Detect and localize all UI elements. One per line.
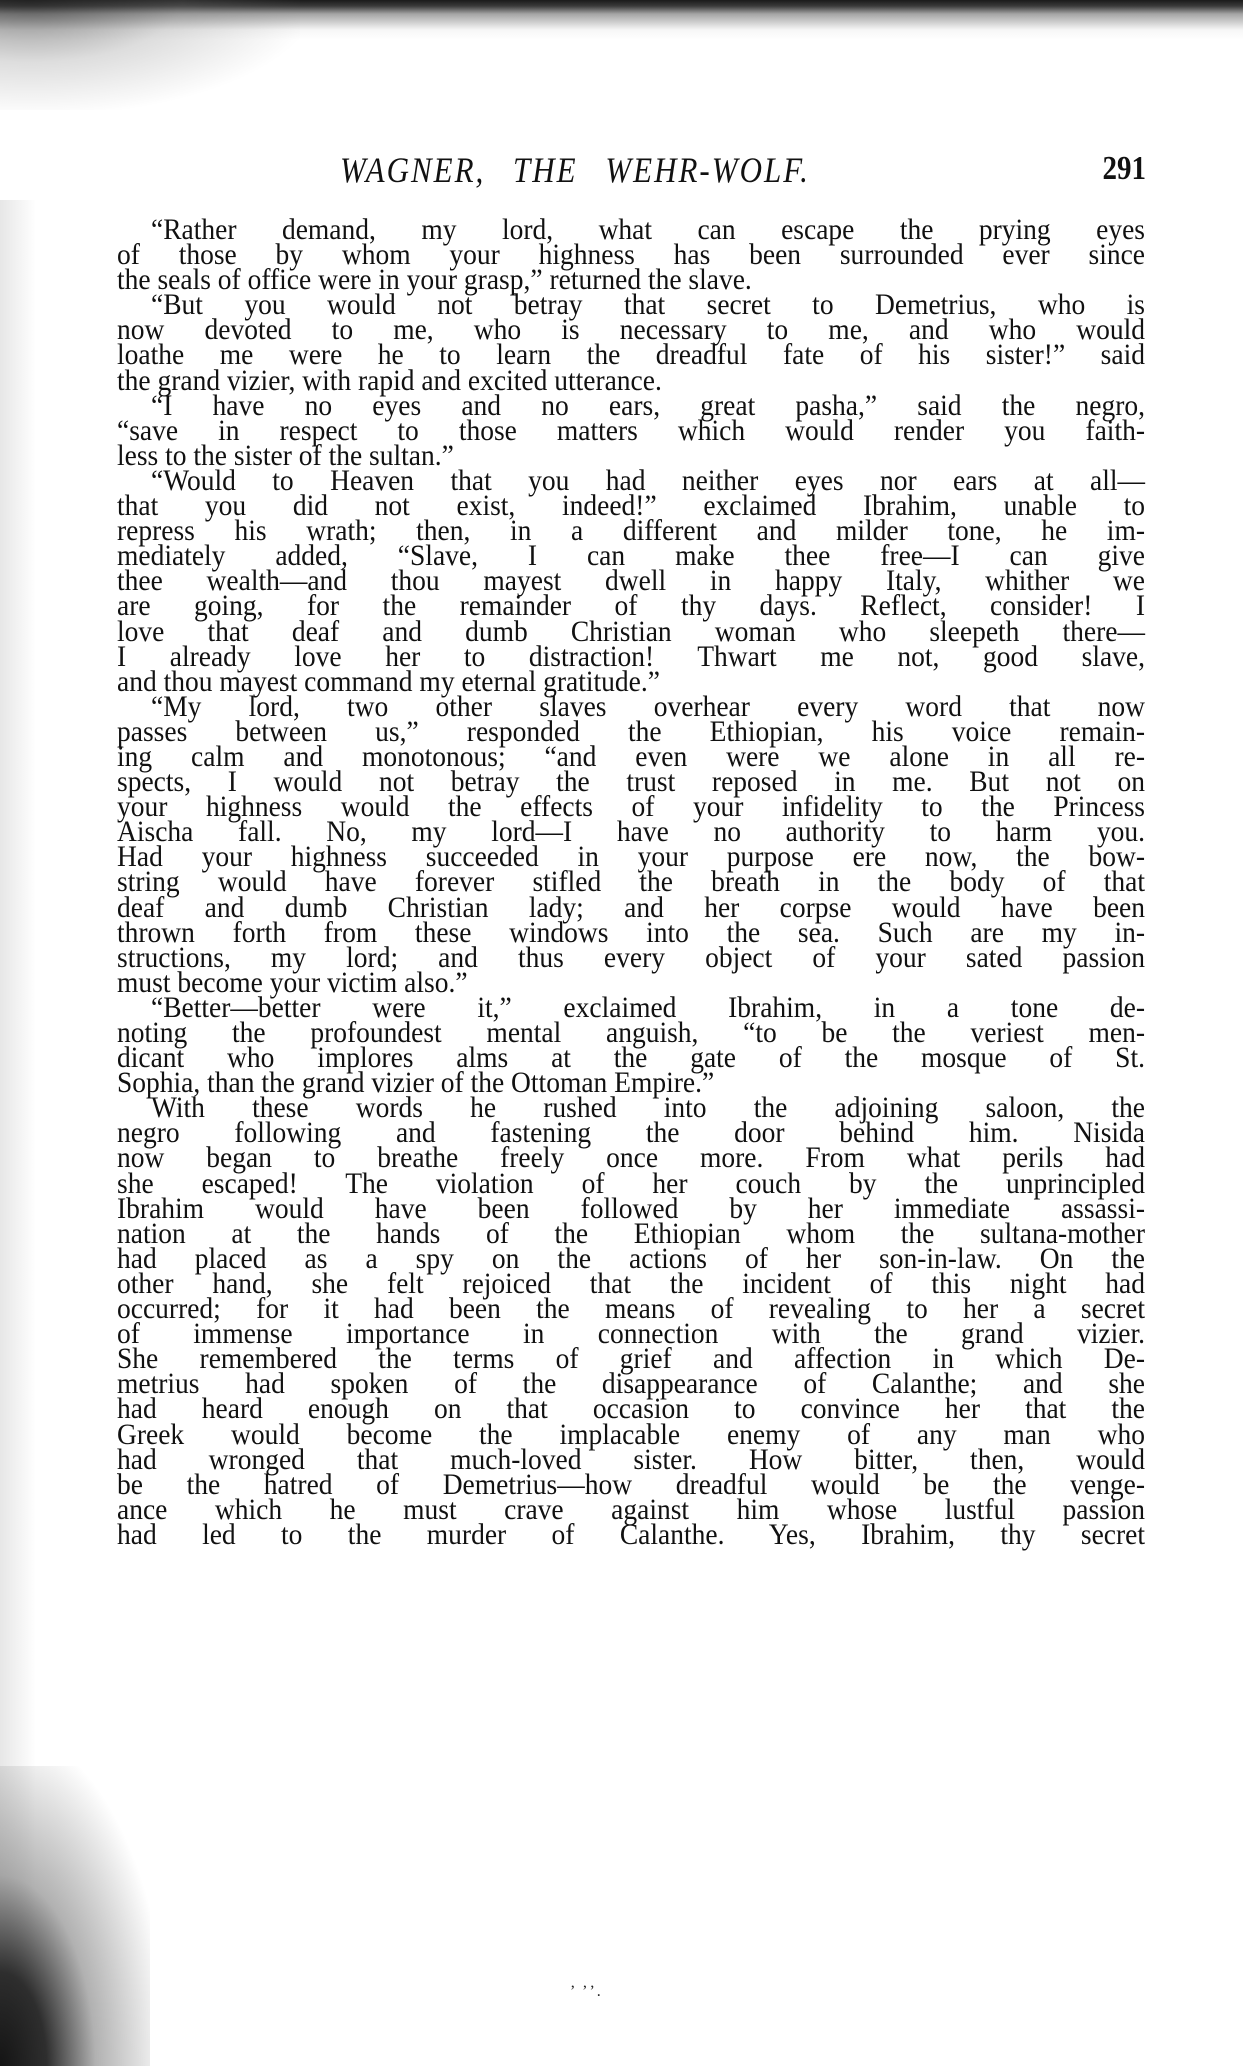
text-line: had led to the murder of Calanthe. Yes, … [117, 1520, 1145, 1547]
running-head: WAGNER, THE WEHR-WOLF. 291 [340, 150, 1160, 190]
paragraph: “Better—better were it,” exclaimed Ibrah… [117, 994, 1145, 1094]
paragraph: “I have no eyes and no ears, great pasha… [117, 392, 1145, 467]
scan-smudge-bottom-left [0, 1766, 150, 2066]
paragraph: “Would to Heaven that you had neither ey… [117, 467, 1145, 693]
paragraph: With these words he rushed into the adjo… [117, 1094, 1145, 1546]
paragraph: “My lord, two other slaves overhear ever… [117, 693, 1145, 994]
paragraph: “Rather demand, my lord, what can escape… [117, 216, 1145, 291]
running-title: WAGNER, THE WEHR-WOLF. [340, 150, 810, 191]
scan-smudge-top-left [0, 0, 300, 110]
page-number: 291 [1103, 150, 1147, 188]
signature-mark: ’ ’ʼ. [570, 1983, 603, 2001]
body-text: “Rather demand, my lord, what can escape… [117, 216, 1145, 1546]
paragraph: “But you would not betray that secret to… [117, 291, 1145, 391]
